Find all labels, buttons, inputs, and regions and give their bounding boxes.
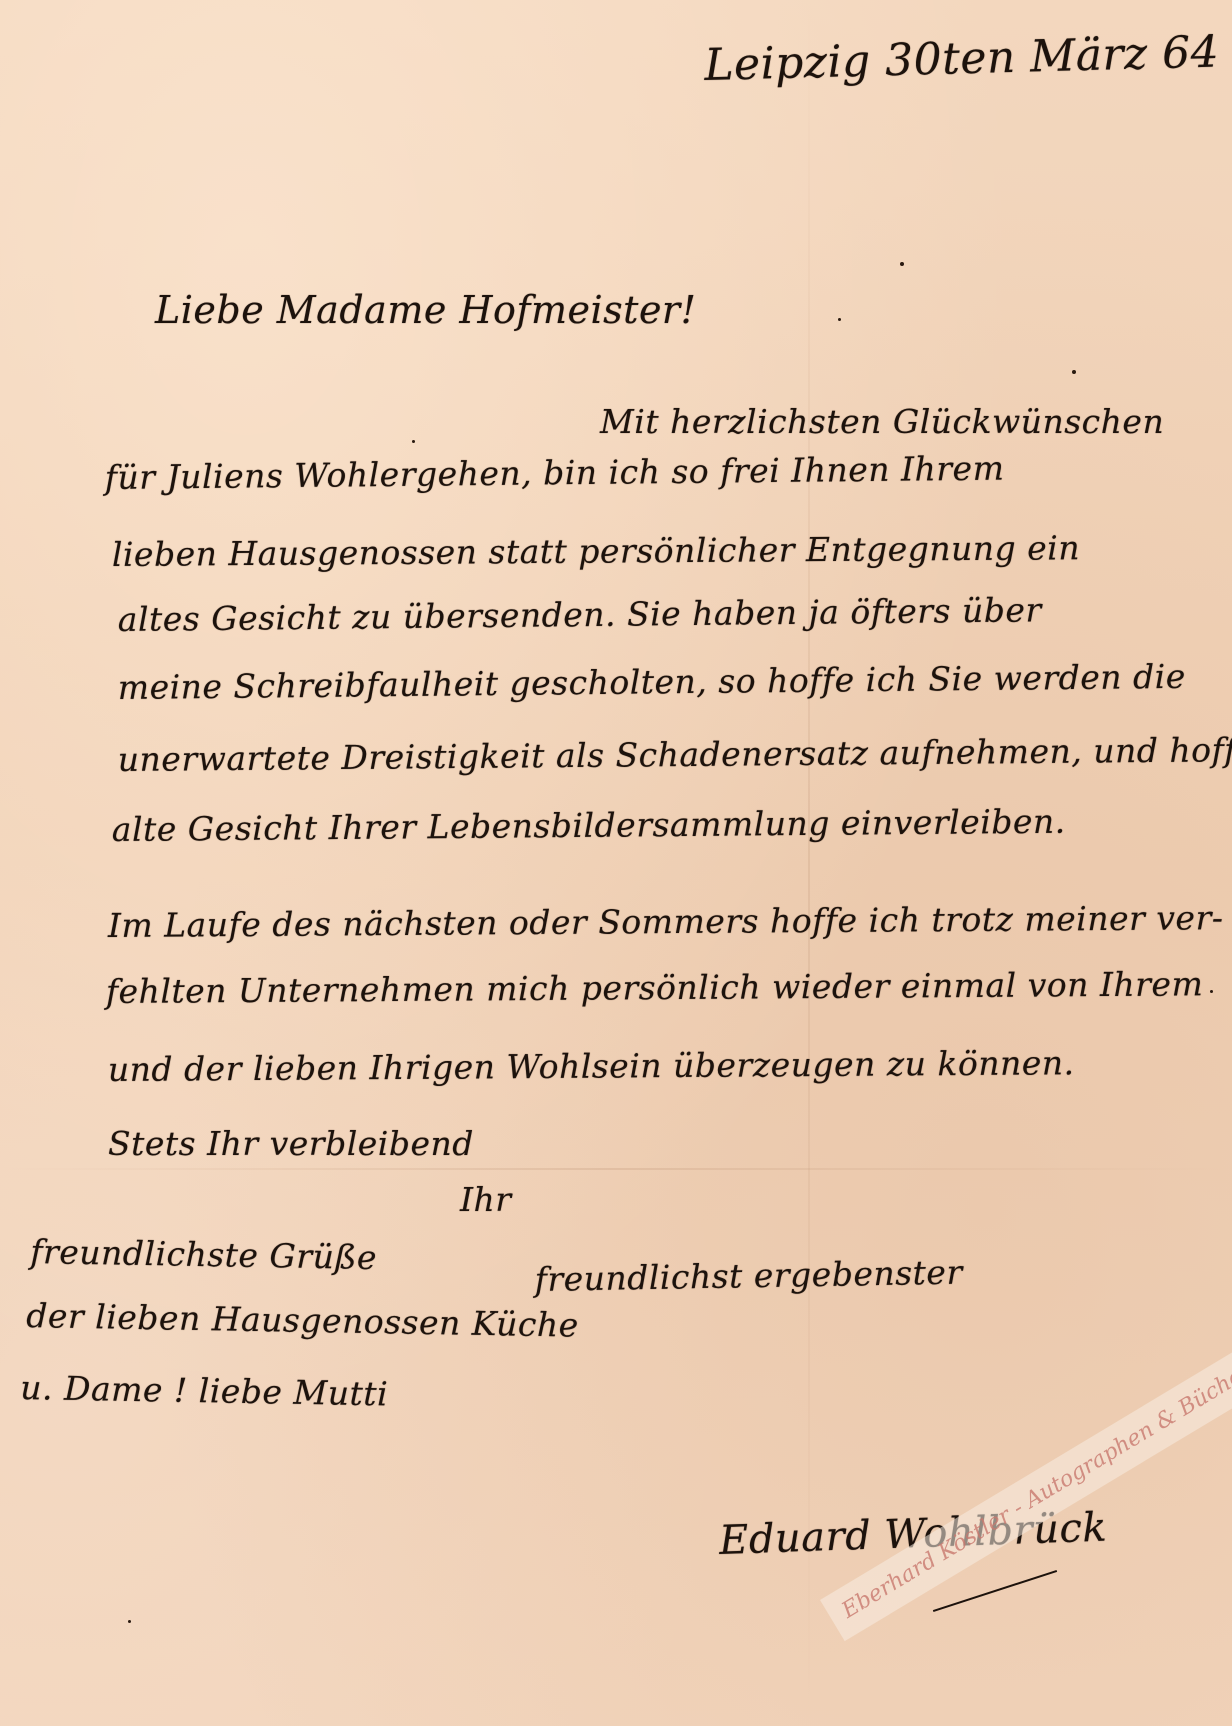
body-line-1: Mit herzlichsten Glückwünschen [600,402,1164,441]
letter-page: Leipzig 30ten März 64 Liebe Madame Hofme… [0,0,1232,1726]
ink-spot [838,318,841,321]
signature-prefix: freundlichst ergebenster [534,1253,963,1299]
body-line-10: und der lieben Ihrigen Wohlsein überzeug… [108,1043,1075,1089]
salutation: Liebe Madame Hofmeister! [155,288,696,332]
ink-spot [412,440,415,443]
body-line-9: fehlten Unternehmen mich persönlich wied… [106,964,1204,1011]
regards-line-1: freundlichste Grüße [30,1232,377,1277]
dateline: Leipzig 30ten März 64 [704,27,1220,91]
ink-spot [1210,990,1213,993]
dealer-watermark: Eberhard Köstler - Autographen & Bücher [820,1325,1232,1641]
regards-line-3: u. Dame ! liebe Mutti [20,1368,388,1413]
body-line-2: für Juliens Wohlergehen, bin ich so frei… [105,449,1005,497]
ink-spot [900,262,904,266]
paper-fold-horizontal [0,1168,1232,1170]
paper-fold-vertical [808,0,810,1726]
body-line-8: Im Laufe des nächsten oder Sommers hoffe… [108,898,1224,945]
valediction: Stets Ihr verbleibend [108,1124,474,1163]
regards-line-2: der lieben Hausgenossen Küche [26,1296,579,1345]
body-line-5: meine Schreibfaulheit gescholten, so hof… [118,657,1186,707]
body-line-7: alte Gesicht Ihrer Lebensbildersammlung … [112,802,1066,849]
closing-ihr: Ihr [460,1180,512,1219]
ink-spot [128,1620,131,1623]
body-line-3: lieben Hausgenossen statt persönlicher E… [112,528,1080,574]
body-line-6: unerwartete Dreistigkeit als Schadenersa… [118,730,1232,779]
body-line-4: altes Gesicht zu übersenden. Sie haben j… [118,590,1042,639]
ink-spot [1072,370,1076,374]
